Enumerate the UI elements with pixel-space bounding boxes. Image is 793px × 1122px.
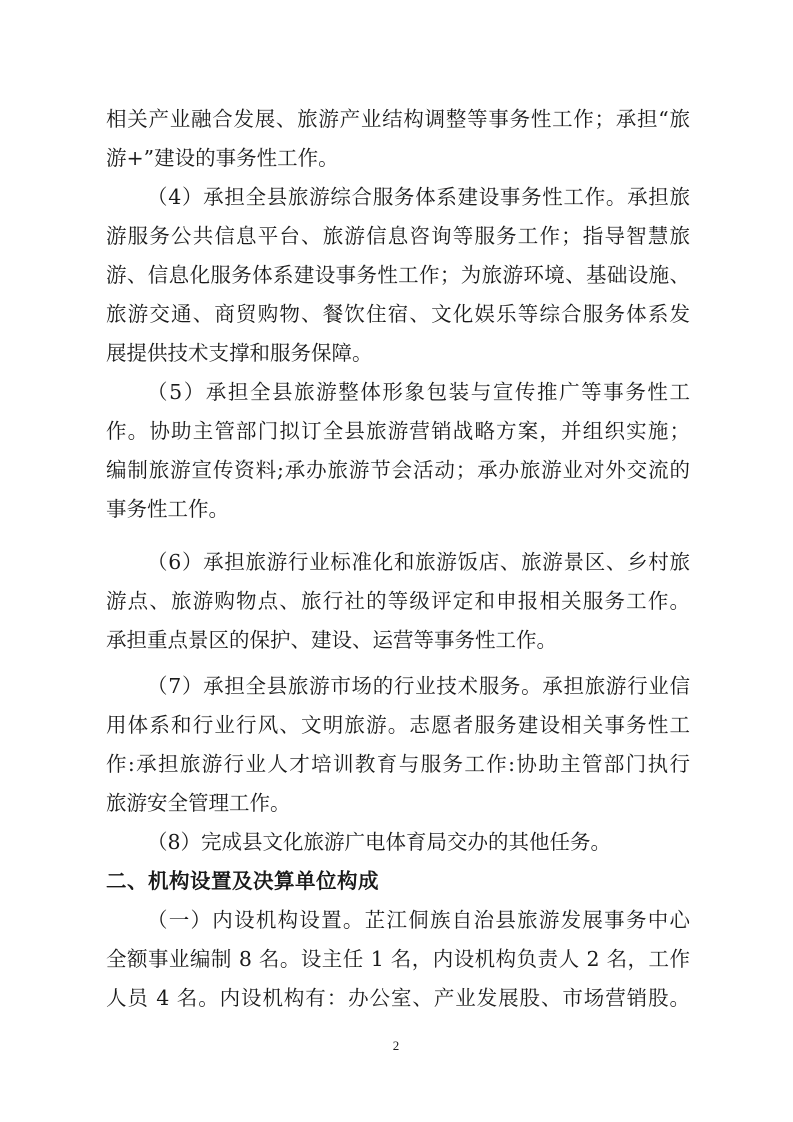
text-line: 作:承担旅游行业人才培训教育与服务工作:协助主管部门执行 [106,749,690,779]
text-line: 游、信息化服务体系建设事务性工作；为旅游环境、基础设施、 [106,260,690,290]
text-line: 相关产业融合发展、旅游产业结构调整等事务性工作；承担“旅 [106,104,690,134]
list-item-8-line: （8）完成县文化旅游广电体育局交办的其他任务。 [147,827,690,857]
subsection-1-line: （一）内设机构设置。芷江侗族自治县旅游发展事务中心 [147,905,690,935]
text-line: 游服务公共信息平台、旅游信息咨询等服务工作；指导智慧旅 [106,221,690,251]
text-line: 事务性工作。 [106,494,690,524]
text-line: 人员 4 名。内设机构有：办公室、产业发展股、市场营销股。 [106,983,690,1013]
list-item-7-line: （7）承担全县旅游市场的行业技术服务。承担旅游行业信 [147,671,690,701]
text-line: 游点、旅游购物点、旅行社的等级评定和申报相关服务工作。 [106,586,690,616]
text-line: 展提供技术支撑和服务保障。 [106,338,690,368]
list-item-6-line: （6）承担旅游行业标准化和旅游饭店、旅游景区、乡村旅 [147,547,690,577]
text-line: 编制旅游宣传资料;承办旅游节会活动；承办旅游业对外交流的 [106,455,690,485]
list-item-5-line: （5）承担全县旅游整体形象包装与宣传推广等事务性工 [147,377,690,407]
text-line: 承担重点景区的保护、建设、运营等事务性工作。 [106,625,690,655]
text-line: 游+”建设的事务性工作。 [106,143,690,173]
list-item-4-line: （4）承担全县旅游综合服务体系建设事务性工作。承担旅 [147,182,690,212]
text-line: 作。协助主管部门拟订全县旅游营销战略方案，并组织实施； [106,416,690,446]
document-page: 相关产业融合发展、旅游产业结构调整等事务性工作；承担“旅 游+”建设的事务性工作… [0,0,793,1122]
text-line: 用体系和行业行风、文明旅游。志愿者服务建设相关事务性工 [106,710,690,740]
section-heading: 二、机构设置及决算单位构成 [106,866,379,896]
text-line: 全额事业编制 8 名。设主任 1 名，内设机构负责人 2 名，工作 [106,944,690,974]
page-number: 2 [386,1038,406,1054]
text-line: 旅游交通、商贸购物、餐饮住宿、文化娱乐等综合服务体系发 [106,299,690,329]
text-line: 旅游安全管理工作。 [106,788,690,818]
